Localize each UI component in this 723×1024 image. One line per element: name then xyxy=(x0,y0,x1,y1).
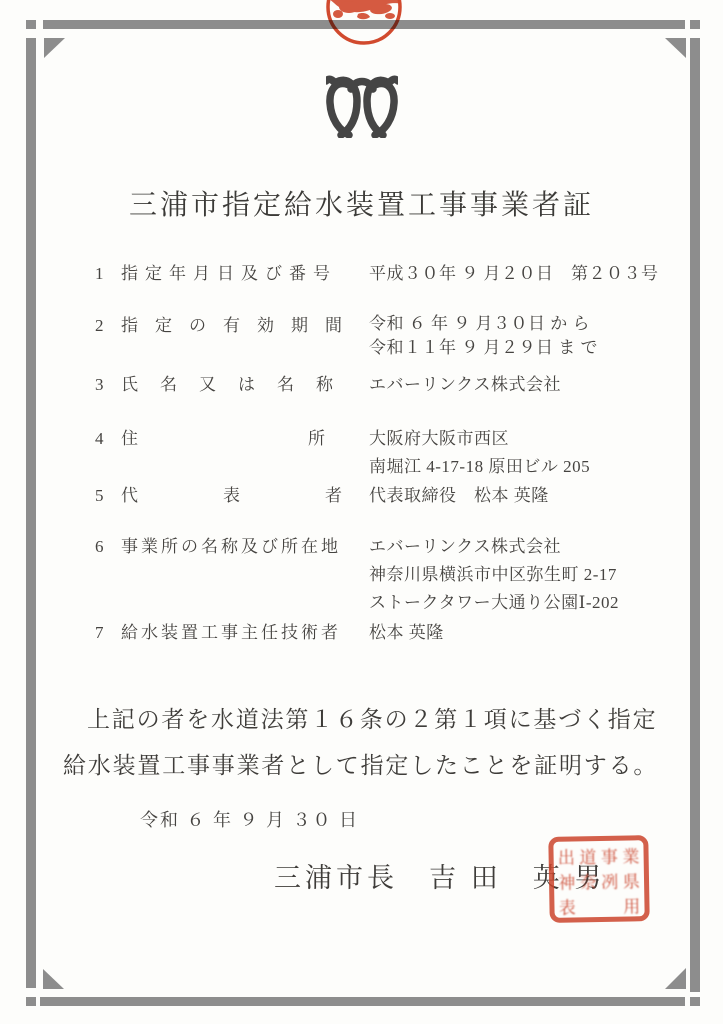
certificate-title: 三浦市指定給水装置工事事業者証 xyxy=(0,183,723,223)
frame-triangle-top-left xyxy=(44,38,65,58)
item-value: エバーリンクス株式会社 xyxy=(369,371,693,399)
item-label: 事業所の名称及び所在地 xyxy=(121,533,369,561)
seal-char: 用 xyxy=(621,892,643,917)
item-row-designation-date: 1 指定年月日及び番号 平成３０年 ９ 月２０日 第２０３号 xyxy=(95,260,693,288)
seal-char: 奈 xyxy=(577,868,599,893)
item-value: 松本 英隆 xyxy=(369,619,693,647)
seal-char xyxy=(599,893,621,918)
item-value-line: 平成３０年 ９ 月２０日 第２０３号 xyxy=(369,260,693,288)
frame-corner-square-top-left xyxy=(26,20,36,29)
seal-char: 神 xyxy=(556,868,578,893)
item-value: 平成３０年 ９ 月２０日 第２０３号 xyxy=(369,260,693,288)
seal-char: 事 xyxy=(598,843,620,868)
item-row-representative: 5 代 表 者 代表取締役 松本 英隆 xyxy=(95,482,693,510)
item-value: 令和 ６ 年 ９ 月３０日 か ら 令和１１年 ９ 月２９日 ま で xyxy=(369,312,693,360)
statement-line: 上記の者を水道法第１６条の２第１項に基づく指定 xyxy=(63,697,661,743)
frame-left-bar xyxy=(26,38,36,988)
seal-char: 表 xyxy=(556,893,578,918)
item-value-line: 神奈川県横浜市中区弥生町 2-17 xyxy=(369,561,693,589)
item-value-line: 南堀江 4-17-18 原田ビル 205 xyxy=(369,453,693,481)
item-number: 3 xyxy=(95,371,121,399)
frame-right-bar xyxy=(690,38,700,992)
item-label: 指定年月日及び番号 xyxy=(121,260,369,288)
issue-date: 令和 ６ 年 ９ 月 ３０ 日 xyxy=(140,806,359,832)
statement-line: 給水装置工事事業者として指定したことを証明する。 xyxy=(63,743,661,789)
red-square-official-seal-icon: 出 道 事 業 神 奈 冽 県 表 用 xyxy=(548,835,649,923)
seal-char: 冽 xyxy=(599,868,621,893)
frame-corner-square-top-right xyxy=(690,20,700,29)
frame-corner-square-bottom-left xyxy=(26,997,36,1006)
item-label: 住 所 xyxy=(121,425,369,453)
item-label: 給水装置工事主任技術者 xyxy=(121,619,369,647)
item-row-office: 6 事業所の名称及び所在地 エバーリンクス株式会社 神奈川県横浜市中区弥生町 2… xyxy=(95,533,693,617)
item-number: 4 xyxy=(95,425,121,453)
item-number: 1 xyxy=(95,260,121,288)
seal-char: 県 xyxy=(620,867,642,892)
seal-char: 業 xyxy=(620,842,642,867)
red-round-receipt-stamp-icon xyxy=(324,0,404,49)
item-number: 6 xyxy=(95,533,121,561)
item-value-line: 松本 英隆 xyxy=(369,619,693,647)
frame-triangle-bottom-left xyxy=(43,969,64,989)
item-value-line: 令和１１年 ９ 月２９日 ま で xyxy=(369,336,693,360)
frame-triangle-bottom-right xyxy=(665,968,686,989)
item-value: エバーリンクス株式会社 神奈川県横浜市中区弥生町 2-17 ストークタワー大通り… xyxy=(369,533,693,617)
frame-bottom-bar xyxy=(40,997,685,1006)
certification-statement: 上記の者を水道法第１６条の２第１項に基づく指定 給水装置工事事業者として指定した… xyxy=(63,697,661,789)
seal-char xyxy=(578,893,600,918)
item-row-name: 3 氏 名 又 は 名 称 エバーリンクス株式会社 xyxy=(95,371,693,399)
item-value-line: 令和 ６ 年 ９ 月３０日 か ら xyxy=(369,312,693,336)
item-value: 代表取締役 松本 英隆 xyxy=(369,482,693,510)
certificate-page: 三浦市指定給水装置工事事業者証 1 指定年月日及び番号 平成３０年 ９ 月２０日… xyxy=(0,0,723,1024)
seal-char: 出 xyxy=(555,843,577,868)
item-row-address: 4 住 所 大阪府大阪市西区 南堀江 4-17-18 原田ビル 205 xyxy=(95,425,693,481)
item-value-line: エバーリンクス株式会社 xyxy=(369,371,693,399)
item-value-line: エバーリンクス株式会社 xyxy=(369,533,693,561)
item-label: 代 表 者 xyxy=(121,482,369,510)
item-number: 7 xyxy=(95,619,121,647)
item-label: 指 定 の 有 効 期 間 xyxy=(121,312,369,340)
item-number: 5 xyxy=(95,482,121,510)
item-value-line: 代表取締役 松本 英隆 xyxy=(369,482,693,510)
item-row-chief-engineer: 7 給水装置工事主任技術者 松本 英隆 xyxy=(95,619,693,647)
item-value-line: ストークタワー大通り公園Ⅰ-202 xyxy=(369,589,693,617)
frame-triangle-top-right xyxy=(665,38,686,58)
item-row-valid-period: 2 指 定 の 有 効 期 間 令和 ６ 年 ９ 月３０日 か ら 令和１１年 … xyxy=(95,312,693,360)
item-value: 大阪府大阪市西区 南堀江 4-17-18 原田ビル 205 xyxy=(369,425,693,481)
seal-char: 道 xyxy=(577,843,599,868)
item-number: 2 xyxy=(95,312,121,340)
miura-city-crest-icon xyxy=(326,72,398,138)
item-label: 氏 名 又 は 名 称 xyxy=(121,371,369,399)
item-value-line: 大阪府大阪市西区 xyxy=(369,425,693,453)
frame-corner-square-bottom-right xyxy=(690,997,700,1006)
